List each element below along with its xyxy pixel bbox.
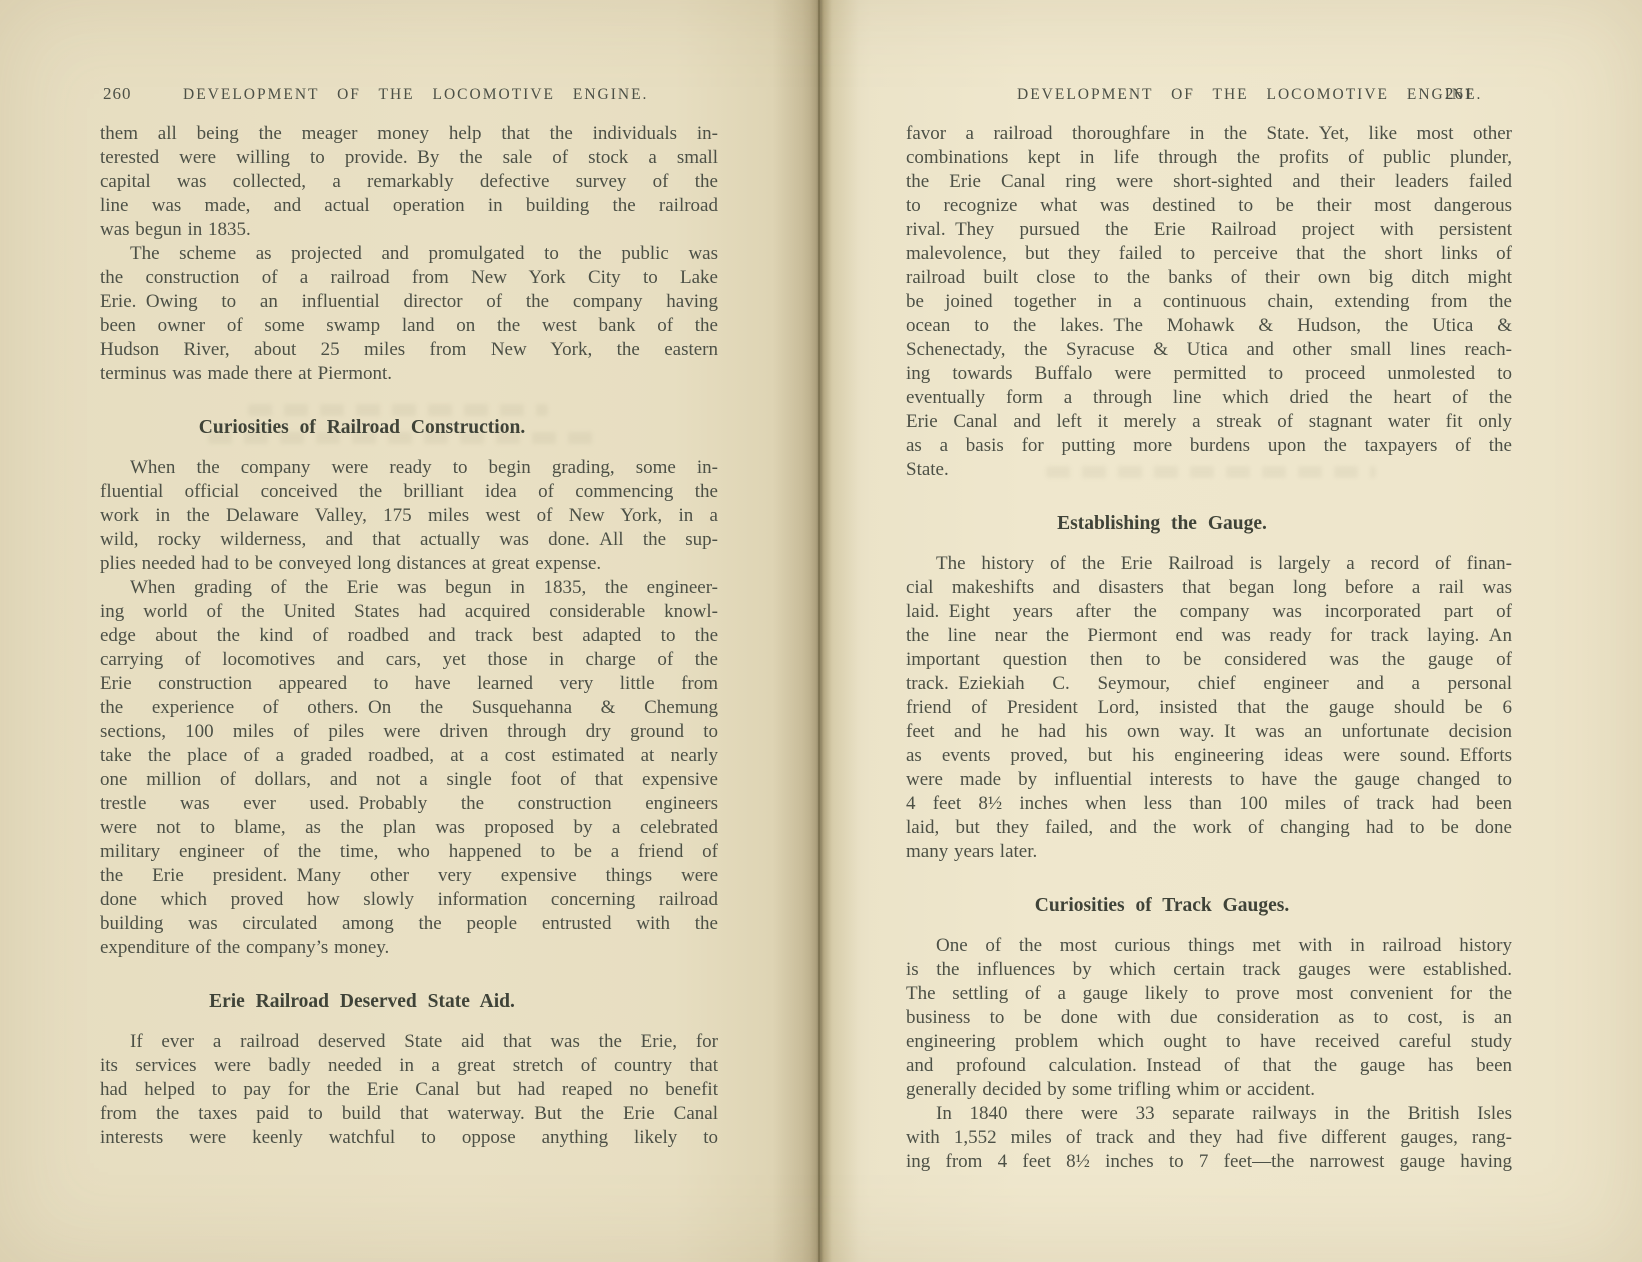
paragraph: The history of the Erie Railroad is larg… [906, 552, 1512, 864]
text-line: eventually form a through line which dri… [906, 386, 1512, 410]
text-line: When grading of the Erie was begun in 18… [100, 576, 718, 600]
text-line: capital was collected, a remarkably defe… [100, 170, 718, 194]
text-line: been owner of some swamp land on the wes… [100, 314, 718, 338]
text-line: ocean to the lakes. The Mohawk & Hudson,… [906, 314, 1512, 338]
text-line: with 1,552 miles of track and they had f… [906, 1126, 1512, 1150]
paragraph: One of the most curious things met with … [906, 934, 1512, 1102]
paragraph: In 1840 there were 33 separate railways … [906, 1102, 1512, 1174]
text-line: railroad built close to the banks of the… [906, 266, 1512, 290]
text-line: ing from 4 feet 8½ inches to 7 feet—the … [906, 1150, 1512, 1174]
text-line: favor a railroad thoroughfare in the Sta… [906, 122, 1512, 146]
text-line: the Erie president. Many other very expe… [100, 864, 718, 888]
text-line: laid, but they failed, and the work of c… [906, 816, 1512, 840]
text-line: interests were keenly watchful to oppose… [100, 1126, 718, 1150]
text-line: State. [906, 458, 1512, 482]
running-title-right: DEVELOPMENT OF THE LOCOMOTIVE ENGINE. [1017, 86, 1482, 104]
text-line: be joined together in a continuous chain… [906, 290, 1512, 314]
section-heading: Curiosities of Railroad Construction. [100, 414, 718, 442]
paragraph: The scheme as projected and promulgated … [100, 242, 718, 386]
text-line: Erie. Owing to an influential director o… [100, 290, 718, 314]
text-line: trestle was ever used. Probably the cons… [100, 792, 718, 816]
book-spread: 260 DEVELOPMENT OF THE LOCOMOTIVE ENGINE… [0, 0, 1642, 1262]
text-line: terminus was made there at Piermont. [100, 362, 718, 386]
text-line: ing towards Buffalo were permitted to pr… [906, 362, 1512, 386]
page-text-left: them all being the meager money help tha… [100, 122, 718, 1150]
text-line: line was made, and actual operation in b… [100, 194, 718, 218]
text-line: When the company were ready to begin gra… [100, 456, 718, 480]
text-line: the experience of others. On the Susqueh… [100, 696, 718, 720]
text-line: The history of the Erie Railroad is larg… [906, 552, 1512, 576]
text-line: wild, rocky wilderness, and that actuall… [100, 528, 718, 552]
text-line: rival. They pursued the Erie Railroad pr… [906, 218, 1512, 242]
section-heading: Erie Railroad Deserved State Aid. [100, 988, 718, 1016]
paragraph: favor a railroad thoroughfare in the Sta… [906, 122, 1512, 482]
text-line: laid. Eight years after the company was … [906, 600, 1512, 624]
text-line: is the influences by which certain track… [906, 958, 1512, 982]
text-line: many years later. [906, 840, 1512, 864]
text-line: building was circulated among the people… [100, 912, 718, 936]
text-line: cial makeshifts and disasters that began… [906, 576, 1512, 600]
text-line: were not to blame, as the plan was propo… [100, 816, 718, 840]
text-line: plies needed had to be conveyed long dis… [100, 552, 718, 576]
text-line: was begun in 1835. [100, 218, 718, 242]
section-heading: Curiosities of Track Gauges. [906, 892, 1512, 920]
text-line: one million of dollars, and not a single… [100, 768, 718, 792]
text-line: as events proved, but his engineering id… [906, 744, 1512, 768]
text-line: The scheme as projected and promulgated … [100, 242, 718, 266]
text-line: generally decided by some trifling whim … [906, 1078, 1512, 1102]
text-line: military engineer of the time, who happe… [100, 840, 718, 864]
text-line: from the taxes paid to build that waterw… [100, 1102, 718, 1126]
text-line: sections, 100 miles of piles were driven… [100, 720, 718, 744]
text-line: the construction of a railroad from New … [100, 266, 718, 290]
section-heading: Establishing the Gauge. [906, 510, 1512, 538]
text-line: the Erie Canal ring were short-sighted a… [906, 170, 1512, 194]
text-line: 4 feet 8½ inches when less than 100 mile… [906, 792, 1512, 816]
text-line: Hudson River, about 25 miles from New Yo… [100, 338, 718, 362]
paragraph: When grading of the Erie was begun in 18… [100, 576, 718, 960]
text-line: the line near the Piermont end was ready… [906, 624, 1512, 648]
page-text-right: favor a railroad thoroughfare in the Sta… [906, 122, 1512, 1174]
page-number-right: 261 [1445, 84, 1474, 104]
text-line: and profound calculation. Instead of tha… [906, 1054, 1512, 1078]
text-line: edge about the kind of roadbed and track… [100, 624, 718, 648]
paragraph: If ever a railroad deserved State aid th… [100, 1030, 718, 1150]
text-line: The settling of a gauge likely to prove … [906, 982, 1512, 1006]
text-line: combinations kept in life through the pr… [906, 146, 1512, 170]
text-line: fluential official conceived the brillia… [100, 480, 718, 504]
text-line: Erie construction appeared to have learn… [100, 672, 718, 696]
text-line: were made by influential interests to ha… [906, 768, 1512, 792]
text-line: feet and he had his own way. It was an u… [906, 720, 1512, 744]
text-line: One of the most curious things met with … [906, 934, 1512, 958]
text-line: take the place of a graded roadbed, at a… [100, 744, 718, 768]
text-line: done which proved how slowly information… [100, 888, 718, 912]
text-line: track. Eziekiah C. Seymour, chief engine… [906, 672, 1512, 696]
text-line: In 1840 there were 33 separate railways … [906, 1102, 1512, 1126]
paragraph: them all being the meager money help tha… [100, 122, 718, 242]
text-line: as a basis for putting more burdens upon… [906, 434, 1512, 458]
text-line: them all being the meager money help tha… [100, 122, 718, 146]
text-line: terested were willing to provide. By the… [100, 146, 718, 170]
text-line: ing world of the United States had acqui… [100, 600, 718, 624]
text-line: important question then to be considered… [906, 648, 1512, 672]
text-line: to recognize what was destined to be the… [906, 194, 1512, 218]
text-line: malevolence, but they failed to perceive… [906, 242, 1512, 266]
text-line: had helped to pay for the Erie Canal but… [100, 1078, 718, 1102]
paragraph: When the company were ready to begin gra… [100, 456, 718, 576]
text-line: expenditure of the company’s money. [100, 936, 718, 960]
text-line: work in the Delaware Valley, 175 miles w… [100, 504, 718, 528]
running-title-left: DEVELOPMENT OF THE LOCOMOTIVE ENGINE. [183, 86, 648, 104]
page-number-left: 260 [103, 84, 132, 104]
text-line: its services were badly needed in a grea… [100, 1054, 718, 1078]
text-line: If ever a railroad deserved State aid th… [100, 1030, 718, 1054]
text-line: friend of President Lord, insisted that … [906, 696, 1512, 720]
text-line: Schenectady, the Syracuse & Utica and ot… [906, 338, 1512, 362]
text-line: engineering problem which ought to have … [906, 1030, 1512, 1054]
text-line: business to be done with due considerati… [906, 1006, 1512, 1030]
text-line: carrying of locomotives and cars, yet th… [100, 648, 718, 672]
text-line: Erie Canal and left it merely a streak o… [906, 410, 1512, 434]
